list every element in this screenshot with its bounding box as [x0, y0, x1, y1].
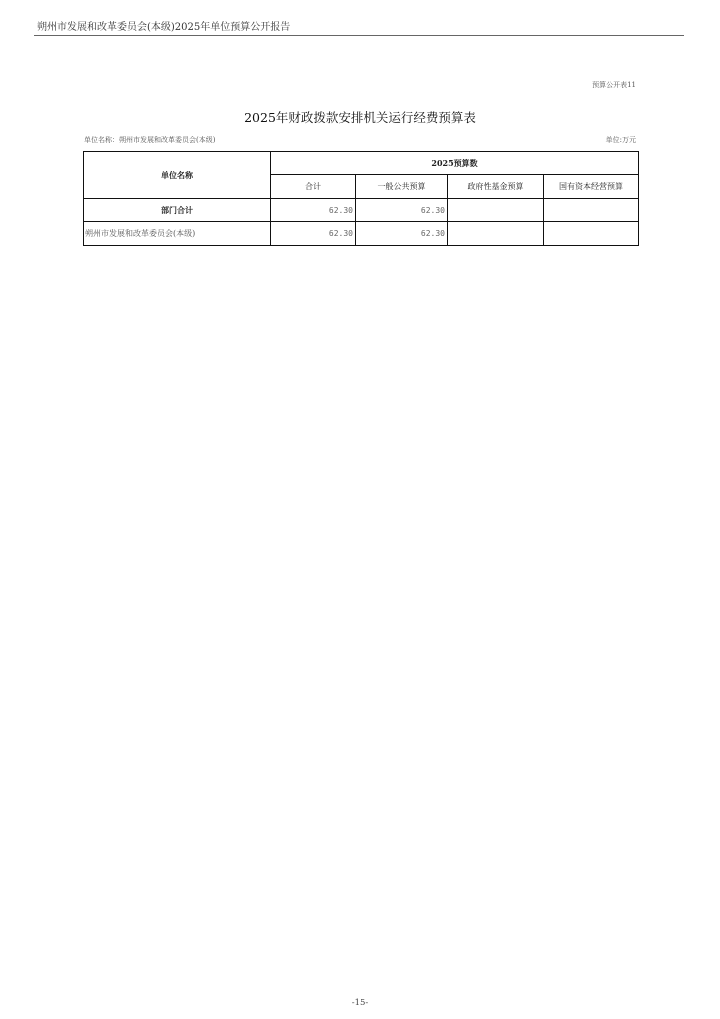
page-title: 2025年财政拨款安排机关运行经费预算表: [0, 108, 720, 126]
page-number: -15-: [0, 998, 720, 1008]
table-header-row: 单位名称 2025预算数: [84, 152, 639, 175]
cell-state-capital: [544, 222, 639, 246]
cell-gov-fund: [448, 222, 544, 246]
cell-gov-fund: [448, 199, 544, 222]
unit-label: 单位:万元: [606, 135, 636, 145]
budget-table: 单位名称 2025预算数 合计 一般公共预算 政府性基金预算 国有资本经营预算 …: [83, 151, 639, 246]
cell-total: 62.30: [271, 199, 356, 222]
row-name: 朔州市发展和改革委员会(本级): [84, 222, 271, 246]
col-total-header: 合计: [271, 175, 356, 199]
header-rule: [34, 35, 684, 36]
unit-name: 单位名称：朔州市发展和改革委员会(本级): [84, 135, 215, 145]
row-name: 部门合计: [84, 199, 271, 222]
cell-general-budget: 62.30: [356, 222, 448, 246]
col-state-capital-header: 国有资本经营预算: [544, 175, 639, 199]
table-number: 预算公开表11: [592, 80, 636, 90]
col-gov-fund-header: 政府性基金预算: [448, 175, 544, 199]
cell-general-budget: 62.30: [356, 199, 448, 222]
col-unit-header: 单位名称: [84, 152, 271, 199]
group-header: 2025预算数: [271, 152, 639, 175]
col-general-budget-header: 一般公共预算: [356, 175, 448, 199]
table-row: 朔州市发展和改革委员会(本级) 62.30 62.30: [84, 222, 639, 246]
table-row: 部门合计 62.30 62.30: [84, 199, 639, 222]
running-header: 朔州市发展和改革委员会(本级)2025年单位预算公开报告: [37, 18, 290, 33]
cell-total: 62.30: [271, 222, 356, 246]
cell-state-capital: [544, 199, 639, 222]
